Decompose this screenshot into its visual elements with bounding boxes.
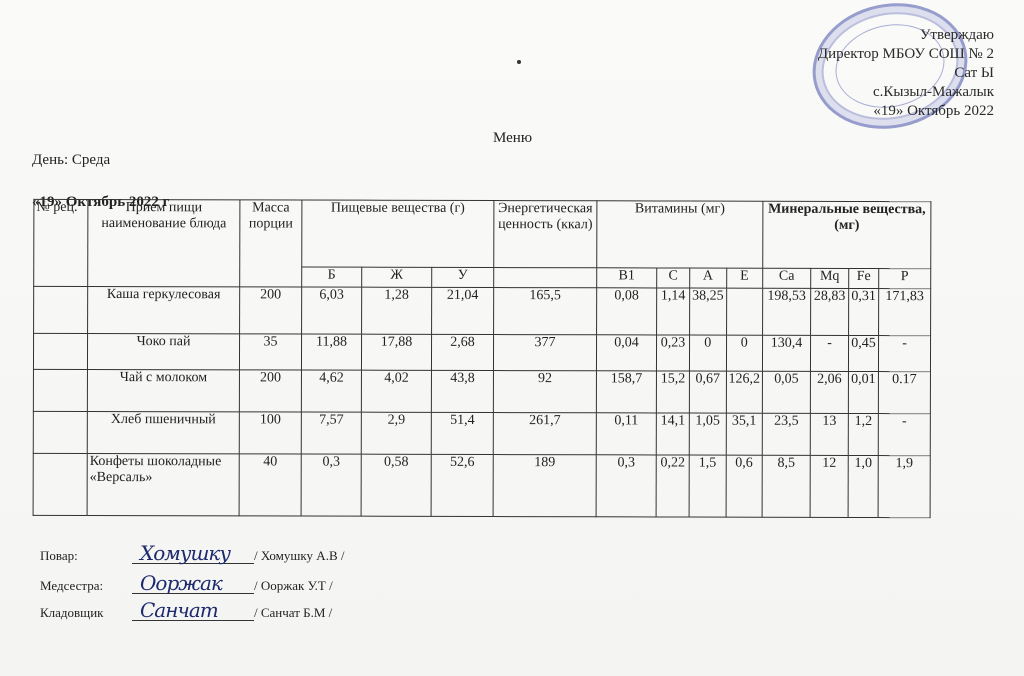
cell-energy: 377 — [493, 335, 596, 371]
cell-recipe-no — [33, 369, 87, 411]
cell-ca: 8,5 — [762, 455, 810, 517]
subheader: Mq — [811, 268, 849, 288]
cell-zh: 2,9 — [361, 412, 431, 454]
subheader-empty — [494, 268, 597, 288]
table-row: Чай с молоком2004,624,0243,892158,715,20… — [33, 369, 930, 413]
cell-mass: 200 — [239, 370, 301, 412]
signature-name: / Санчат Б.М / — [254, 605, 332, 620]
cell-b1: 158,7 — [596, 371, 656, 413]
subheader: Р — [879, 269, 931, 289]
cell-recipe-no — [33, 411, 87, 453]
cell-a: 0 — [689, 335, 726, 371]
signature-name: / Хомушку А.В / — [254, 548, 344, 563]
approval-block: Утверждаю Директор МБОУ СОШ № 2 Сат Ы с.… — [818, 26, 994, 121]
cell-e: 0 — [726, 335, 763, 371]
signature-field: Хомушку — [132, 549, 254, 564]
cell-b: 0,3 — [301, 454, 361, 516]
ink-dot — [517, 60, 521, 64]
signature-line: КладовщикСанчат/ Санчат Б.М / — [40, 605, 332, 621]
cell-u: 52,6 — [431, 454, 493, 516]
cell-a: 1,05 — [689, 413, 726, 455]
approval-village: с.Кызыл-Мажалык — [818, 83, 994, 102]
header-dish: Прием пищи наименование блюда — [88, 199, 240, 286]
cell-p: 1,9 — [878, 456, 930, 518]
cell-b: 11,88 — [301, 334, 361, 370]
approval-date: «19» Октябрь 2022 — [818, 102, 994, 121]
cell-b: 7,57 — [301, 412, 361, 454]
cell-mg: 28,83 — [811, 288, 849, 335]
table-row: Конфеты шоколадные «Версаль»400,30,5852,… — [33, 453, 930, 517]
cell-mass: 35 — [239, 334, 301, 370]
subheader: У — [432, 267, 494, 287]
scanned-document: Утверждаю Директор МБОУ СОШ № 2 Сат Ы с.… — [0, 0, 1024, 676]
signature-field: Ооржак — [132, 579, 254, 594]
cell-recipe-no — [33, 333, 87, 369]
cell-ca: 198,53 — [763, 288, 811, 335]
cell-ca: 130,4 — [762, 335, 810, 371]
table-row: Каша геркулесовая2006,031,2821,04165,50,… — [34, 286, 931, 335]
cell-c: 0,23 — [656, 335, 689, 371]
cell-dish: Чай с молоком — [87, 369, 239, 411]
cell-fe: 0,31 — [849, 288, 879, 335]
cell-ca: 23,5 — [762, 413, 810, 455]
subheader: А — [690, 268, 727, 288]
cell-mg: - — [810, 335, 848, 371]
cell-dish: Хлеб пшеничный — [87, 411, 239, 453]
header-recipe-no: № рец. — [34, 199, 88, 286]
cell-zh: 4,02 — [361, 370, 431, 412]
cell-dish: Конфеты шоколадные «Версаль» — [87, 453, 239, 515]
cell-b1: 0,11 — [596, 413, 656, 455]
handwritten-signature: Ооржак — [140, 571, 222, 595]
cell-mass: 100 — [239, 412, 301, 454]
cell-mg: 12 — [810, 455, 848, 517]
cell-e: 126,2 — [726, 371, 763, 413]
cell-b: 4,62 — [301, 370, 361, 412]
day-label: День: Среда — [32, 152, 110, 169]
menu-rows: Каша геркулесовая2006,031,2821,04165,50,… — [33, 286, 931, 517]
cell-mg: 2,06 — [810, 371, 848, 413]
handwritten-signature: Хомушку — [140, 541, 230, 565]
handwritten-signature: Санчат — [140, 598, 218, 622]
cell-mass: 40 — [239, 454, 301, 516]
cell-p: - — [878, 414, 930, 456]
cell-energy: 189 — [493, 455, 596, 517]
cell-a: 1,5 — [689, 455, 726, 517]
cell-b1: 0,08 — [597, 288, 657, 335]
table-row: Хлеб пшеничный1007,572,951,4261,70,1114,… — [33, 411, 930, 455]
cell-fe: 1,0 — [848, 455, 878, 517]
cell-energy: 261,7 — [493, 413, 596, 455]
subheader: С — [657, 268, 690, 288]
cell-u: 51,4 — [431, 412, 493, 454]
cell-e: 0,6 — [726, 455, 763, 517]
cell-c: 14,1 — [656, 413, 689, 455]
cell-c: 1,14 — [657, 288, 690, 335]
cell-zh: 0,58 — [361, 454, 431, 516]
header-minerals: Минеральные вещества, (мг) — [763, 201, 931, 268]
cell-b1: 0,3 — [596, 455, 656, 517]
cell-mg: 13 — [810, 413, 848, 455]
signature-role: Медсестра: — [40, 578, 132, 594]
approval-line: Утверждаю — [818, 26, 994, 45]
signature-line: Медсестра:Ооржак/ Ооржак У.Т / — [40, 578, 333, 594]
cell-fe: 1,2 — [848, 413, 878, 455]
signature-field: Санчат — [132, 606, 254, 621]
signature-role: Повар: — [40, 548, 132, 564]
cell-p: 0.17 — [878, 372, 930, 414]
page-title: Меню — [493, 130, 532, 147]
cell-ca: 0,05 — [762, 371, 810, 413]
header-vitamins: Витамины (мг) — [597, 201, 763, 268]
subheader: Fe — [849, 268, 879, 288]
cell-e — [726, 288, 763, 335]
cell-e: 35,1 — [726, 413, 763, 455]
cell-zh: 17,88 — [361, 334, 431, 370]
cell-dish: Каша геркулесовая — [88, 286, 240, 333]
cell-dish: Чоко пай — [87, 333, 239, 369]
cell-u: 21,04 — [432, 287, 494, 334]
header-energy: Энергетическая ценность (ккал) — [494, 201, 597, 268]
cell-a: 38,25 — [690, 288, 727, 335]
subheader: Е — [726, 268, 763, 288]
approval-director: Директор МБОУ СОШ № 2 — [818, 45, 994, 64]
cell-p: - — [878, 336, 930, 372]
approval-line: Сат Ы — [818, 64, 994, 83]
cell-zh: 1,28 — [362, 287, 432, 334]
signature-line: Повар:Хомушку/ Хомушку А.В / — [40, 548, 344, 564]
cell-fe: 0,45 — [848, 335, 878, 371]
cell-p: 171,83 — [879, 289, 931, 336]
cell-mass: 200 — [240, 287, 302, 334]
cell-energy: 92 — [493, 371, 596, 413]
cell-c: 15,2 — [656, 371, 689, 413]
cell-recipe-no — [33, 453, 87, 515]
cell-energy: 165,5 — [494, 288, 597, 335]
cell-c: 0,22 — [656, 455, 689, 517]
subheader: Б — [302, 267, 362, 287]
cell-a: 0,67 — [689, 371, 726, 413]
header-mass: Масса порции — [240, 200, 302, 287]
subheader: Ж — [362, 267, 432, 287]
signature-role: Кладовщик — [40, 605, 132, 621]
cell-u: 2,68 — [431, 334, 493, 370]
subheader: В1 — [597, 268, 657, 288]
cell-fe: 0,01 — [848, 371, 878, 413]
signature-name: / Ооржак У.Т / — [254, 578, 333, 593]
table-row: Чоко пай3511,8817,882,683770,040,2300130… — [33, 333, 930, 371]
menu-table: № рец. Прием пищи наименование блюда Мас… — [33, 199, 932, 518]
header-nutrients: Пищевые вещества (г) — [302, 200, 494, 268]
subheader: Са — [763, 268, 811, 288]
cell-u: 43,8 — [431, 370, 493, 412]
cell-b1: 0,04 — [596, 335, 656, 371]
cell-recipe-no — [34, 286, 88, 333]
cell-b: 6,03 — [302, 287, 362, 334]
